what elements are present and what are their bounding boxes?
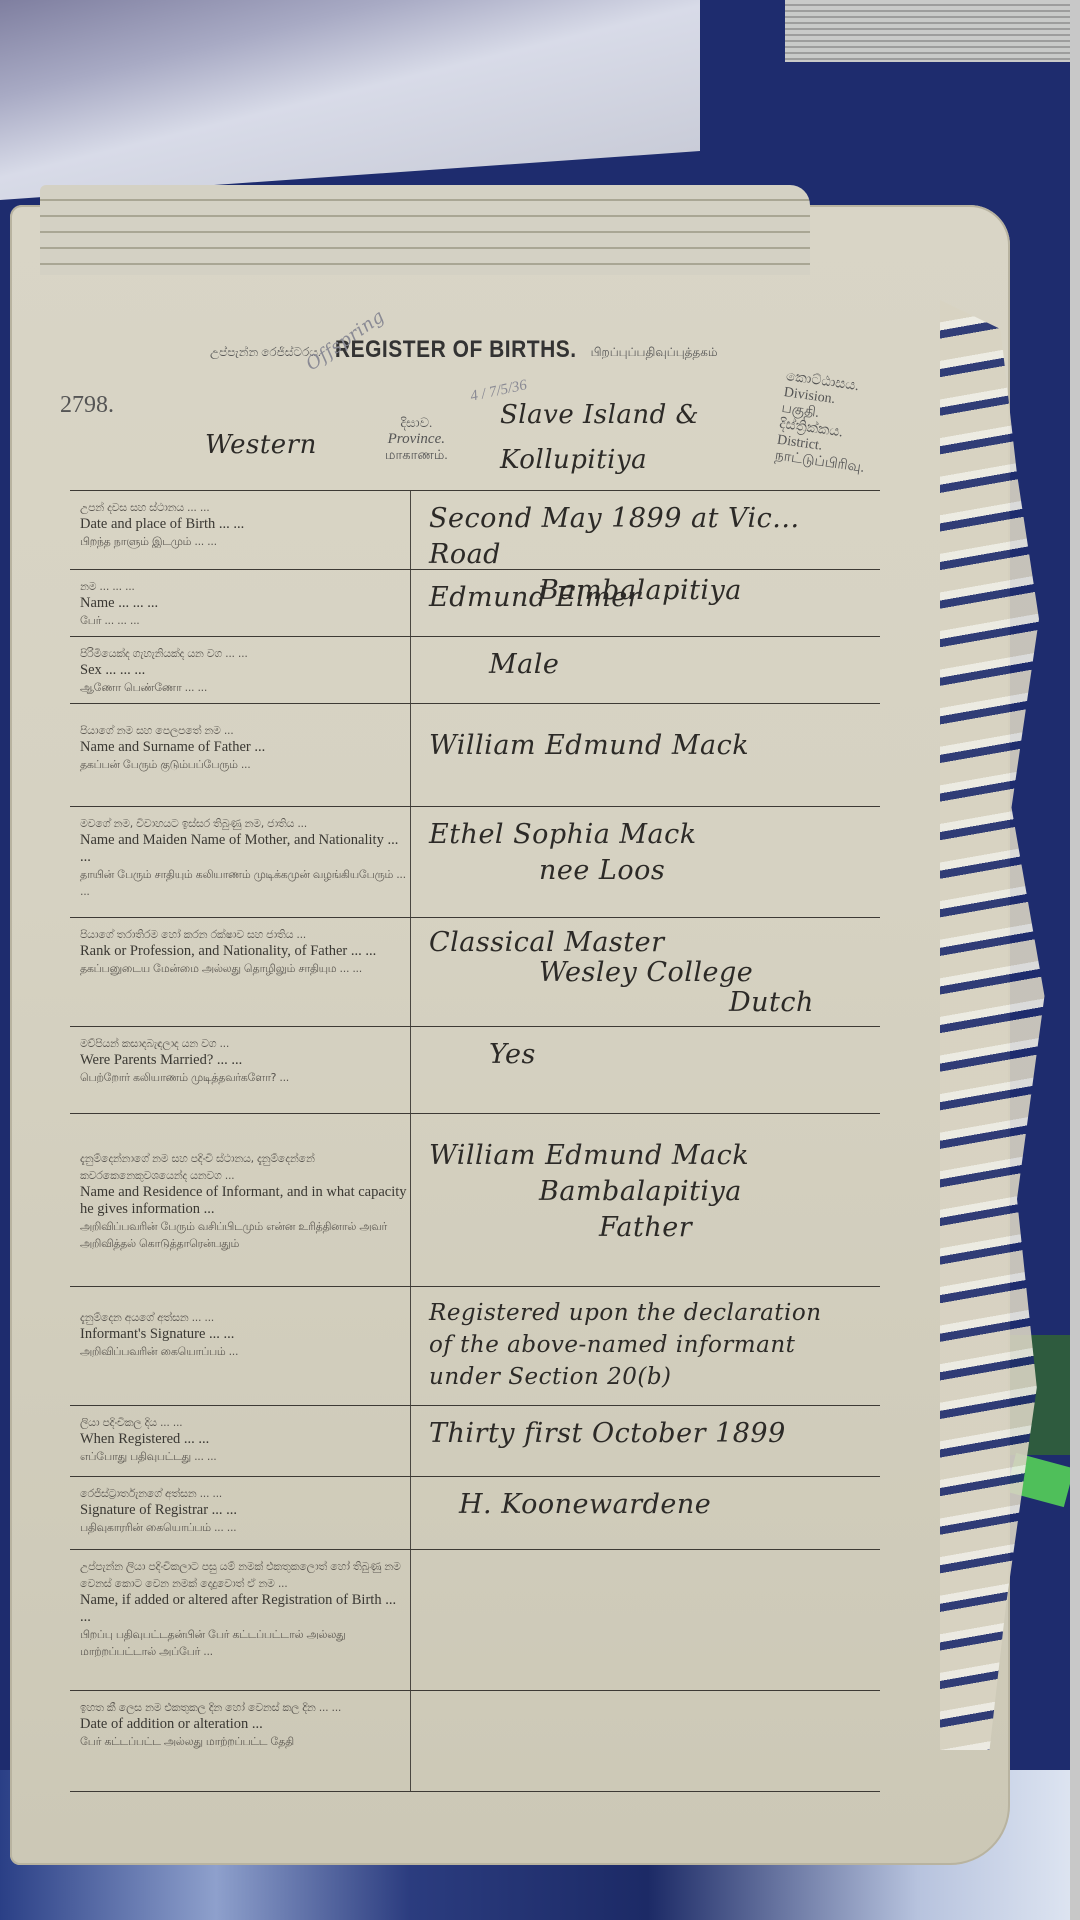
label-english: When Registered ... ... xyxy=(80,1431,410,1448)
field-value: Edmund Elmer xyxy=(411,570,880,636)
label-tamil: பேர் ... ... ... xyxy=(80,612,410,629)
row-father-profession: පියාගේ තරාතිරම හෝ කරන රක්ෂාව සහ ජාතිය ..… xyxy=(70,917,880,1026)
value-line: William Edmund Mack xyxy=(429,728,862,764)
label-sinhala: දැනුම්දෙන්නාගේ නම සහ පදිංචි ස්ථානය, දැනු… xyxy=(80,1150,410,1184)
label-tamil: தாயின் பேரும் சாதியும் கலியாணம் முடிக்கம… xyxy=(80,866,410,900)
label-tamil: அறிவிப்பவரின் பேரும் வசிப்பிடமும் என்ன உ… xyxy=(80,1218,410,1252)
torn-page-edge xyxy=(940,300,1050,1750)
row-name-altered: උප්පැන්න ලියා පදිංචිකලාට පසු යම් නමක් එක… xyxy=(70,1549,880,1690)
label-english: Name, if added or altered after Registra… xyxy=(80,1592,410,1626)
row-parents-married: මව්පියන් කසාදබැඳලාද යන වග ... Were Paren… xyxy=(70,1026,880,1113)
field-value-empty xyxy=(411,1550,880,1690)
label-english: Name and Residence of Informant, and in … xyxy=(80,1184,410,1218)
value-line: Father xyxy=(429,1210,862,1246)
field-value: Male xyxy=(411,637,880,703)
field-label: නම ... ... ... Name ... ... ... பேர் ...… xyxy=(70,570,411,636)
row-when-registered: ලියා පදිංචිකල දිය ... ... When Registere… xyxy=(70,1405,880,1476)
row-mother-name: මවගේ නම, විවාහයට ඉස්සර තිබුණු නම, ජාතිය … xyxy=(70,806,880,917)
value-line: Wesley College xyxy=(429,958,862,988)
field-value: Thirty first October 1899 xyxy=(411,1406,880,1476)
field-label: පිරිමියෙක්ද ගැහැනියක්ද යන වග ... ... Sex… xyxy=(70,637,411,703)
field-label: උපන් දවස සහ ස්ථානය ... ... Date and plac… xyxy=(70,491,411,569)
row-registrar-signature: රෙජිස්ට්‍රාර්තැනගේ අත්සන ... ... Signatu… xyxy=(70,1476,880,1549)
title-tamil: பிறப்புப்பதிவுப்புத்தகம் xyxy=(591,345,718,361)
value-line: Male xyxy=(429,647,862,683)
label-tamil: பெற்றோர் கலியாணம் முடித்தவர்களோ? ... xyxy=(80,1069,410,1086)
field-value: Ethel Sophia Mack nee Loos xyxy=(411,807,880,917)
label-sinhala: පිරිමියෙක්ද ගැහැනියක්ද යන වග ... ... xyxy=(80,645,410,662)
value-line: Ethel Sophia Mack xyxy=(429,817,862,853)
label-english: Date and place of Birth ... ... xyxy=(80,516,410,533)
label-sinhala: මවගේ නම, විවාහයට ඉස්සර තිබුණු නම, ජාතිය … xyxy=(80,815,410,832)
label-sinhala: උප්පැන්න ලියා පදිංචිකලාට පසු යම් නමක් එක… xyxy=(80,1558,410,1592)
value-line: of the above-named informant xyxy=(429,1329,862,1361)
label-english: Informant's Signature ... ... xyxy=(80,1326,410,1343)
field-label: ලියා පදිංචිකල දිය ... ... When Registere… xyxy=(70,1406,411,1476)
row-informant-signature: දැනුම්දෙන අයගේ අත්සන ... ... Informant's… xyxy=(70,1286,880,1405)
province-label: දිසාව. Province. மாகாணம். xyxy=(385,415,448,463)
province-value: Western xyxy=(205,430,317,460)
value-line: Edmund Elmer xyxy=(429,580,862,616)
label-english: Date of addition or alteration ... xyxy=(80,1716,410,1733)
province-label-si: දිසාව. xyxy=(385,415,448,431)
register-form: උපන් දවස සහ ස්ථානය ... ... Date and plac… xyxy=(70,490,880,1792)
label-english: Were Parents Married? ... ... xyxy=(80,1052,410,1069)
value-line: Bambalapitiya xyxy=(429,1174,862,1210)
field-label: දැනුම්දෙන්නාගේ නම සහ පදිංචි ස්ථානය, දැනු… xyxy=(70,1114,411,1286)
label-sinhala: පියාගේ නම සහ පෙලපතේ නම ... xyxy=(80,722,410,739)
label-english: Name and Surname of Father ... xyxy=(80,739,410,756)
label-sinhala: නම ... ... ... xyxy=(80,578,410,595)
registrar-signature: H. Koonewardene xyxy=(411,1477,880,1549)
label-tamil: பிறந்த நாளும் இடமும் ... ... xyxy=(80,533,410,550)
form-bottom-rule xyxy=(70,1791,880,1792)
label-english: Name ... ... ... xyxy=(80,595,410,612)
background-paper-stack xyxy=(785,0,1075,62)
field-value: Registered upon the declaration of the a… xyxy=(411,1287,880,1405)
province-label-en: Province. xyxy=(385,431,448,447)
field-value: Classical Master Wesley College Dutch xyxy=(411,918,880,1026)
page-title: REGISTER OF BIRTHS. xyxy=(335,336,577,364)
row-informant: දැනුම්දෙන්නාගේ නම සහ පදිංචි ස්ථානය, දැනු… xyxy=(70,1113,880,1286)
label-english: Signature of Registrar ... ... xyxy=(80,1502,410,1519)
background-edge xyxy=(1070,0,1080,1920)
field-label: පියාගේ තරාතිරම හෝ කරන රක්ෂාව සහ ජාතිය ..… xyxy=(70,918,411,1026)
field-label: දැනුම්දෙන අයගේ අත්සන ... ... Informant's… xyxy=(70,1287,411,1405)
label-tamil: ஆணோ பெண்ணோ ... ... xyxy=(80,679,410,696)
label-tamil: பேர் கட்டப்பட்ட அல்லது மாற்றப்பட்ட தேதி xyxy=(80,1733,410,1750)
page-top-layers xyxy=(40,185,810,275)
field-label: උප්පැන්න ලියා පදිංචිකලාට පසු යම් නමක් එක… xyxy=(70,1550,411,1690)
value-line: Dutch xyxy=(429,988,862,1018)
label-tamil: எப்போது பதிவுபட்டது ... ... xyxy=(80,1448,410,1465)
label-sinhala: පියාගේ තරාතිරම හෝ කරන රක්ෂාව සහ ජාතිය ..… xyxy=(80,926,410,943)
value-line: Thirty first October 1899 xyxy=(429,1416,862,1452)
label-english: Sex ... ... ... xyxy=(80,662,410,679)
field-label: පියාගේ නම සහ පෙලපතේ නම ... Name and Surn… xyxy=(70,704,411,806)
field-value: Yes xyxy=(411,1027,880,1113)
label-tamil: தகப்பனுடைய மேன்மை அல்லது தொழிலும் சாதியு… xyxy=(80,960,410,977)
field-value: William Edmund Mack Bambalapitiya Father xyxy=(411,1114,880,1286)
division-value: Slave Island & xyxy=(500,400,699,430)
province-label-ta: மாகாணம். xyxy=(385,447,448,463)
value-line: Classical Master xyxy=(429,928,862,958)
value-line: nee Loos xyxy=(429,853,862,889)
field-label: ඉහත කී ලෙස නම එකතුකල දින හෝ වෙනස් කල දින… xyxy=(70,1691,411,1791)
value-line: William Edmund Mack xyxy=(429,1138,862,1174)
district-value: Kollupitiya xyxy=(500,445,647,475)
field-label: මවගේ නම, විවාහයට ඉස්සර තිබුණු නම, ජාතිය … xyxy=(70,807,411,917)
value-line: H. Koonewardene xyxy=(429,1487,862,1523)
field-value-empty xyxy=(411,1691,880,1791)
value-line: Registered upon the declaration xyxy=(429,1297,862,1329)
label-tamil: அறிவிப்பவரின் கையொப்பம் ... xyxy=(80,1343,410,1360)
label-tamil: தகப்பன் பேரும் குடும்பப்பேரும் ... xyxy=(80,756,410,773)
label-tamil: பதிவுகாரரின் கையொப்பம் ... ... xyxy=(80,1519,410,1536)
entry-number: 2798. xyxy=(60,392,114,419)
label-english: Name and Maiden Name of Mother, and Nati… xyxy=(80,832,410,866)
label-sinhala: මව්පියන් කසාදබැඳලාද යන වග ... xyxy=(80,1035,410,1052)
label-tamil: பிறப்பு பதிவுபட்டதன்பின் பேர் கட்டப்பட்ட… xyxy=(80,1626,410,1660)
field-value: Second May 1899 at Vic... Road Bambalapi… xyxy=(411,491,880,569)
row-date-of-alteration: ඉහත කී ලෙස නම එකතුකල දින හෝ වෙනස් කල දින… xyxy=(70,1690,880,1791)
label-sinhala: දැනුම්දෙන අයගේ අත්සන ... ... xyxy=(80,1309,410,1326)
row-name: නම ... ... ... Name ... ... ... பேர் ...… xyxy=(70,569,880,636)
field-label: රෙජිස්ට්‍රාර්තැනගේ අත්සන ... ... Signatu… xyxy=(70,1477,411,1549)
field-label: මව්පියන් කසාදබැඳලාද යන වග ... Were Paren… xyxy=(70,1027,411,1113)
division-district-labels: කොට්ඨාසය. Division. பகுதி. දිස්ත්‍රික්කය… xyxy=(774,369,877,477)
row-father-name: පියාගේ නම සහ පෙලපතේ නම ... Name and Surn… xyxy=(70,703,880,806)
label-sinhala: උපන් දවස සහ ස්ථානය ... ... xyxy=(80,499,410,516)
label-sinhala: ඉහත කී ලෙස නම එකතුකල දින හෝ වෙනස් කල දින… xyxy=(80,1699,410,1716)
label-sinhala: ලියා පදිංචිකල දිය ... ... xyxy=(80,1414,410,1431)
value-line: under Section 20(b) xyxy=(429,1361,862,1393)
row-sex: පිරිමියෙක්ද ගැහැනියක්ද යන වග ... ... Sex… xyxy=(70,636,880,703)
row-date-place-of-birth: උපන් දවස සහ ස්ථානය ... ... Date and plac… xyxy=(70,490,880,569)
value-line: Yes xyxy=(429,1037,862,1073)
value-line: Second May 1899 at Vic... Road xyxy=(429,501,862,573)
label-english: Rank or Profession, and Nationality, of … xyxy=(80,943,410,960)
background-papers xyxy=(0,0,700,200)
field-value: William Edmund Mack xyxy=(411,704,880,806)
label-sinhala: රෙජිස්ට්‍රාර්තැනගේ අත්සන ... ... xyxy=(80,1485,410,1502)
